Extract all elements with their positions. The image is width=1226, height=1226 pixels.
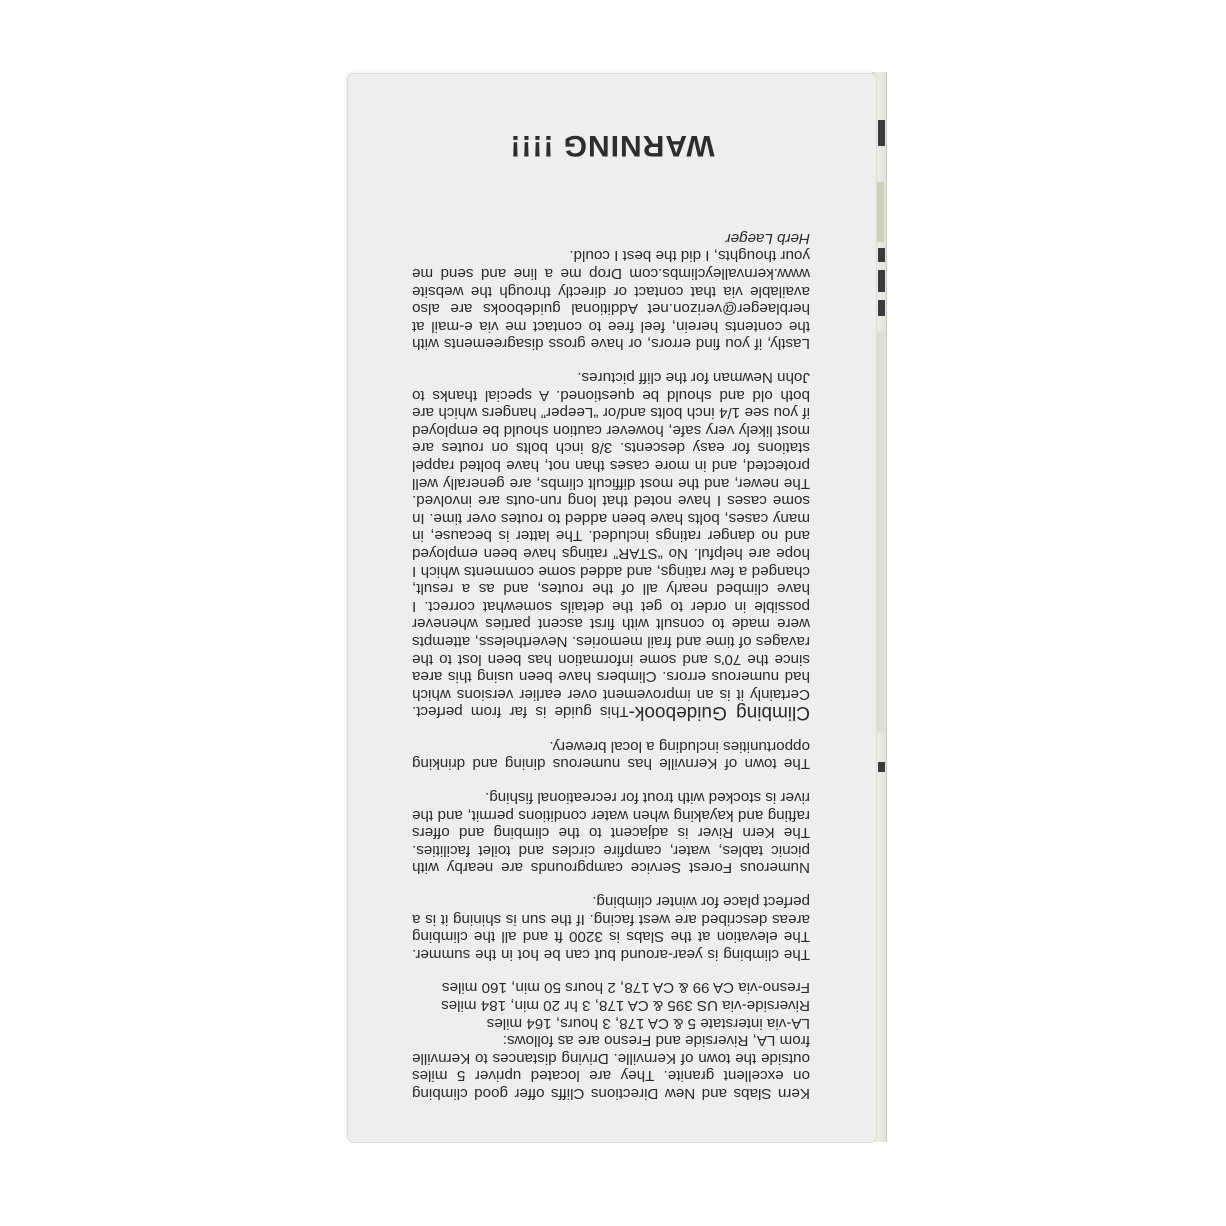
photo-scene: Kern Slabs and New Directions Cliffs off… xyxy=(0,0,1226,1226)
spine-tint xyxy=(877,182,884,242)
driving-routes: LA-via interstate 5 & CA 178, 3 hours, 1… xyxy=(412,979,810,1032)
route-fresno: Fresno-via CA 99 & CA 178, 2 hours 50 mi… xyxy=(412,979,810,997)
camping-paragraph: Numerous Forest Service campgrounds are … xyxy=(412,789,810,877)
guidebook-text: This guide is far from perfect. Certainl… xyxy=(412,369,810,720)
guidebook-page: Kern Slabs and New Directions Cliffs off… xyxy=(348,74,876,1142)
intro-paragraph: Kern Slabs and New Directions Cliffs off… xyxy=(412,1032,810,1102)
spine-mark xyxy=(878,248,885,262)
spine-mark xyxy=(878,270,885,292)
climate-paragraph: The climbing is year-around but can be h… xyxy=(412,892,810,962)
town-paragraph: The town of Kernville has numerous dinin… xyxy=(412,737,810,772)
spine-mark xyxy=(878,120,885,146)
warning-heading: WARNING !!!! xyxy=(348,128,876,162)
closing-paragraph: Lastly, if you find errors, or have gros… xyxy=(412,247,810,353)
page-content: Kern Slabs and New Directions Cliffs off… xyxy=(412,229,810,1102)
spine-tint xyxy=(877,332,884,732)
route-la: LA-via interstate 5 & CA 178, 3 hours, 1… xyxy=(412,1014,810,1032)
author-signature: Herb Laeger xyxy=(412,229,810,247)
spine-mark xyxy=(878,300,885,316)
spine-mark xyxy=(878,762,885,772)
guidebook-paragraph: Climbing Guidebook-This guide is far fro… xyxy=(412,368,810,721)
route-riverside: Riverside-via US 395 & CA 178, 3 hr 20 m… xyxy=(412,996,810,1014)
guidebook-heading: Climbing Guidebook- xyxy=(629,702,810,723)
